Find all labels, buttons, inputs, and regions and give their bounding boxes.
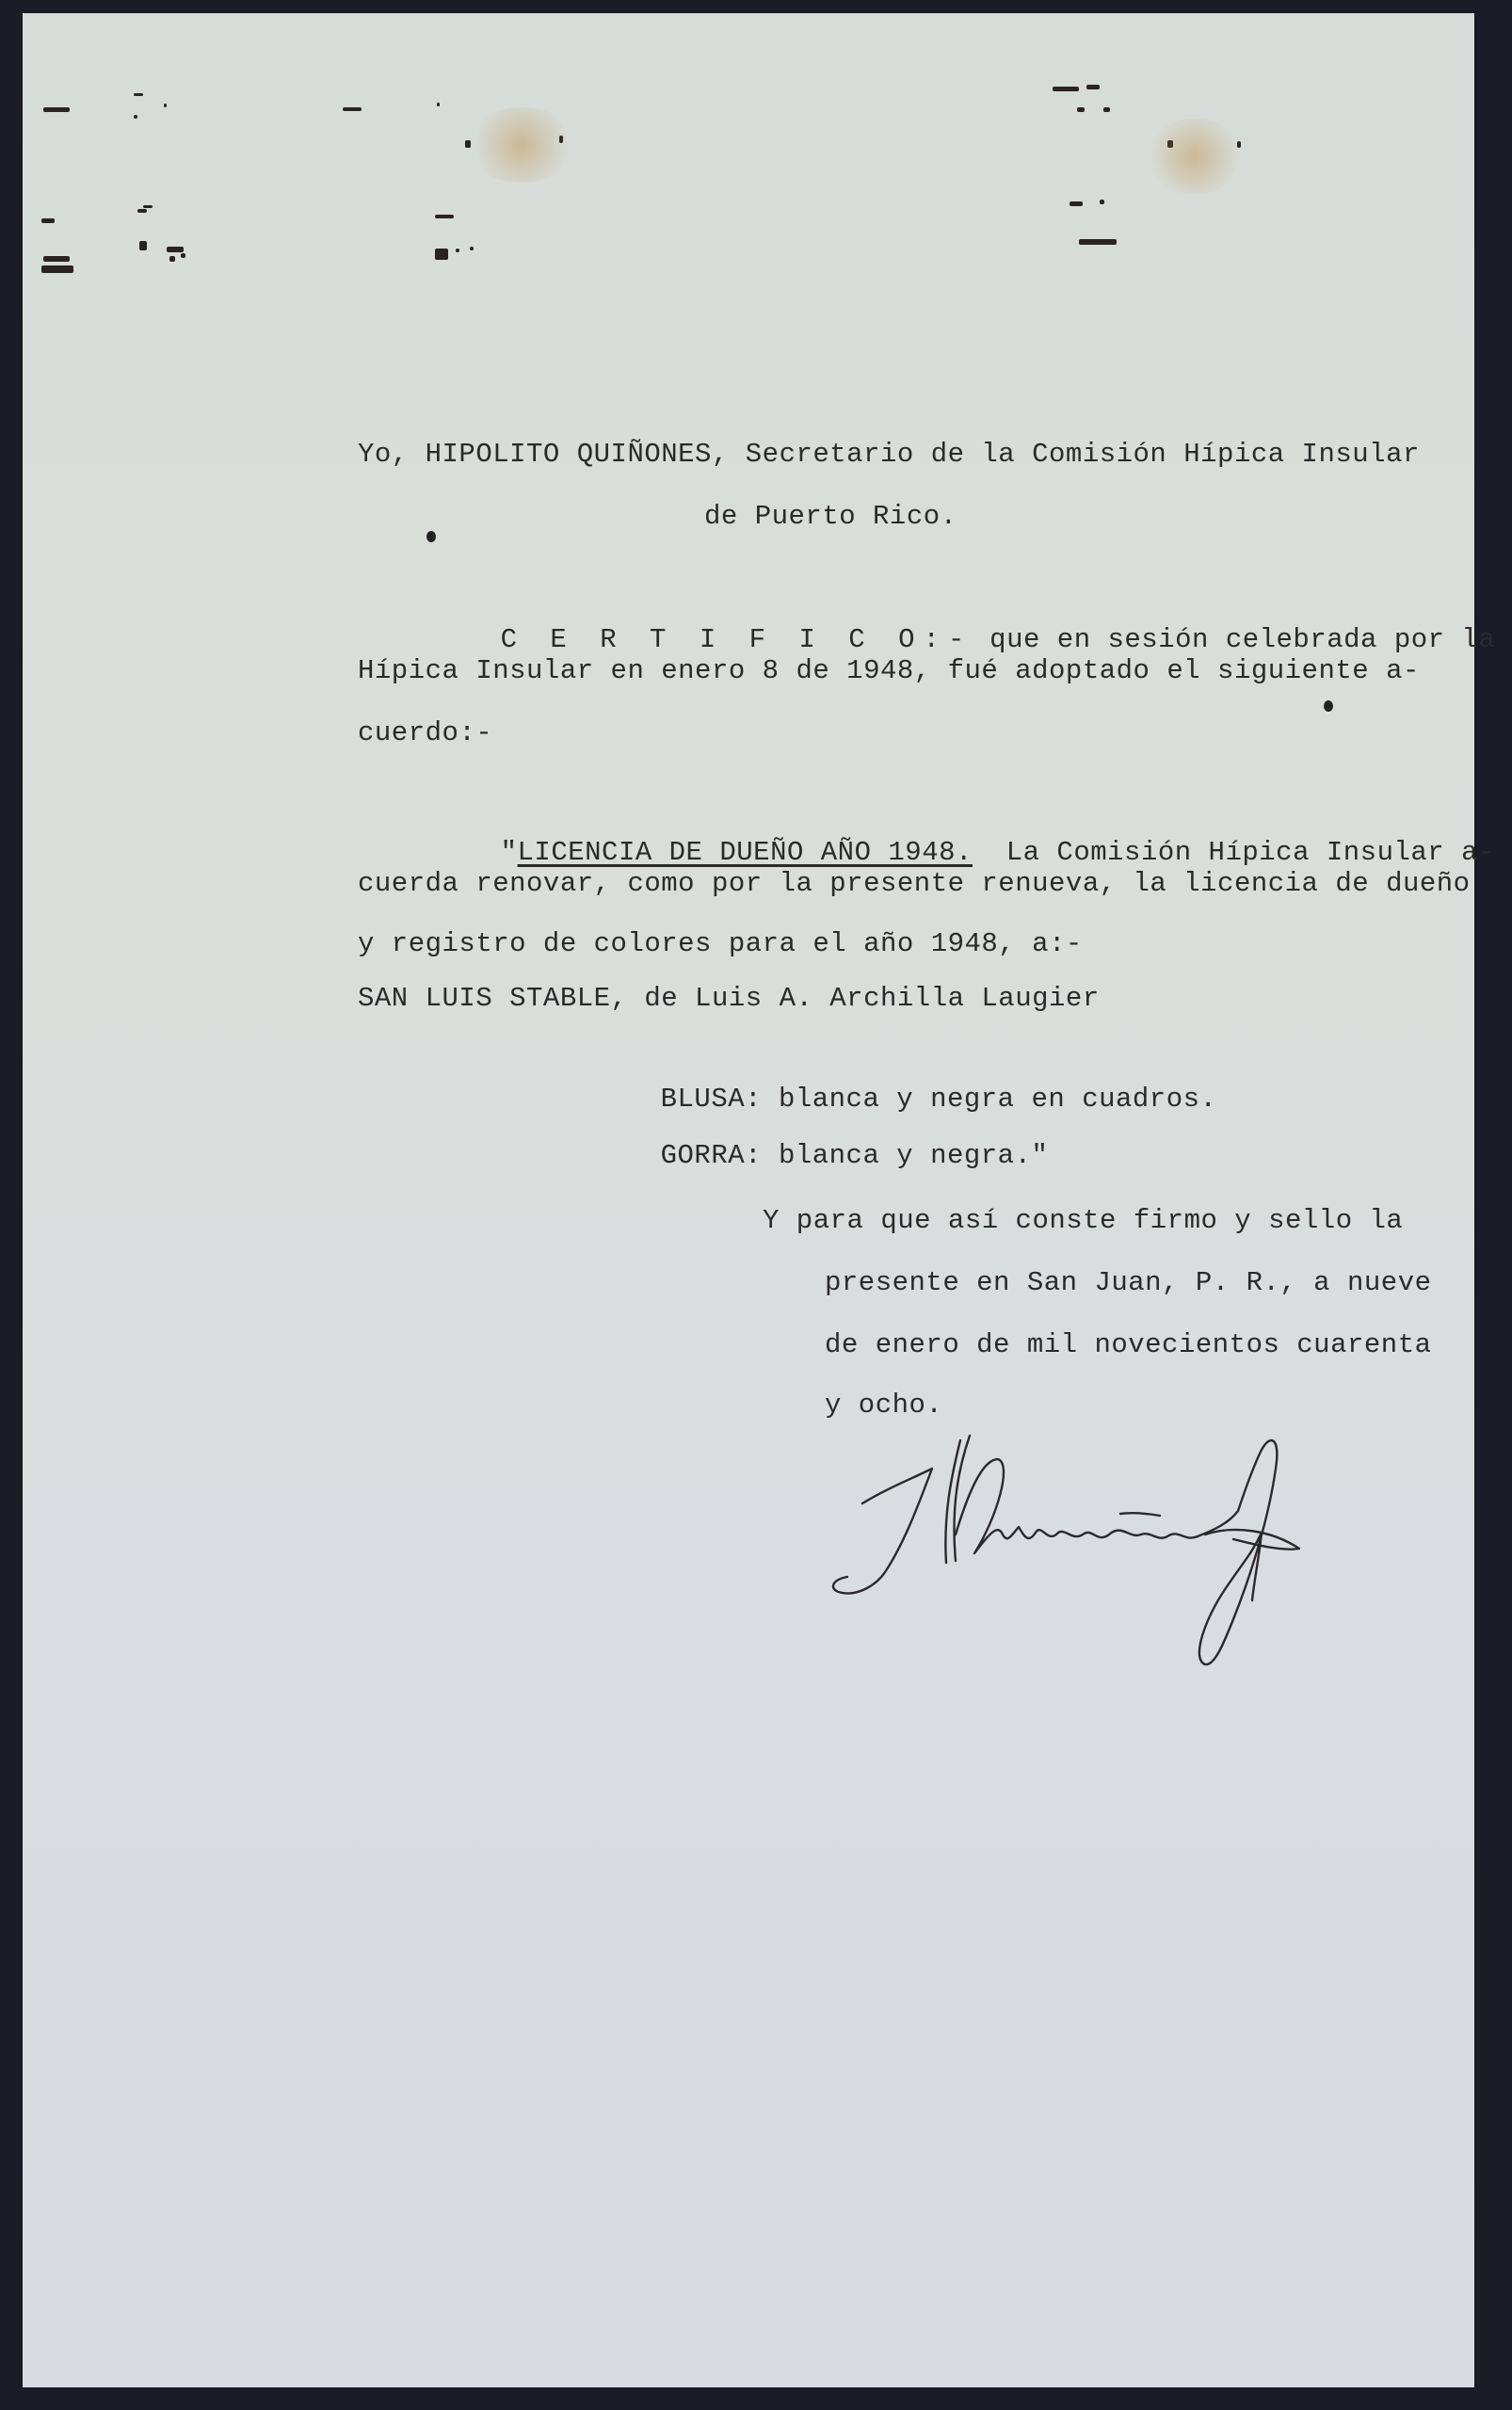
closing-line-3: de enero de mil novecientos cuarenta bbox=[825, 1329, 1432, 1360]
ink-speck bbox=[1079, 239, 1117, 245]
ink-dot bbox=[426, 531, 436, 542]
document-page: Yo, HIPOLITO QUIÑONES, Secretario de la … bbox=[23, 13, 1474, 2387]
certifico-line-1-text: que en sesión celebrada por la Comisión bbox=[973, 624, 1512, 655]
certifico-line-3: cuerdo:- bbox=[358, 717, 492, 748]
ink-dot bbox=[1324, 700, 1333, 712]
ink-speck bbox=[134, 115, 137, 119]
ink-speck bbox=[167, 247, 184, 252]
rust-stain bbox=[1143, 119, 1247, 194]
quote-open: " bbox=[501, 837, 518, 868]
ink-speck bbox=[470, 247, 474, 250]
gorra-line: GORRA: blanca y negra." bbox=[593, 1109, 1048, 1202]
ink-speck bbox=[437, 103, 440, 106]
ink-speck bbox=[43, 256, 70, 262]
acuerdo-line-1-text: La Comisión Hípica Insular a- bbox=[973, 837, 1495, 868]
ink-speck bbox=[343, 107, 362, 111]
acuerdo-title: LICENCIA DE DUEÑO AÑO 1948. bbox=[518, 837, 973, 868]
gorra-label: GORRA: bbox=[661, 1140, 762, 1171]
ink-speck bbox=[134, 93, 143, 96]
closing-line-1: Y para que así conste firmo y sello la bbox=[763, 1205, 1403, 1236]
ink-speck bbox=[1053, 87, 1079, 91]
ink-speck bbox=[41, 265, 73, 273]
owner-line: SAN LUIS STABLE, de Luis A. Archilla Lau… bbox=[358, 983, 1100, 1014]
ink-speck bbox=[143, 205, 153, 208]
ink-speck bbox=[456, 249, 459, 252]
header-line-2: de Puerto Rico. bbox=[704, 501, 957, 532]
ink-speck bbox=[139, 241, 147, 250]
ink-speck bbox=[43, 107, 70, 112]
certifico-label: C E R T I F I C O:- bbox=[501, 624, 973, 655]
ink-speck bbox=[1103, 107, 1110, 112]
gorra-value: blanca y negra." bbox=[762, 1140, 1048, 1171]
ink-speck bbox=[164, 104, 167, 107]
signature bbox=[810, 1412, 1393, 1676]
ink-speck bbox=[1100, 200, 1104, 204]
ink-speck bbox=[435, 215, 454, 218]
acuerdo-line-3: y registro de colores para el año 1948, … bbox=[358, 928, 1083, 959]
ink-speck bbox=[1077, 107, 1085, 112]
ink-speck bbox=[137, 209, 147, 213]
ink-speck bbox=[169, 256, 175, 262]
ink-speck bbox=[181, 253, 185, 258]
ink-speck bbox=[435, 249, 448, 260]
rust-stain bbox=[465, 107, 578, 183]
acuerdo-line-2: cuerda renovar, como por la presente ren… bbox=[358, 868, 1471, 899]
header-line-1: Yo, HIPOLITO QUIÑONES, Secretario de la … bbox=[358, 439, 1420, 470]
ink-speck bbox=[41, 218, 55, 223]
closing-line-2: presente en San Juan, P. R., a nueve bbox=[825, 1267, 1432, 1298]
ink-speck bbox=[1086, 85, 1100, 89]
ink-speck bbox=[1070, 201, 1083, 206]
certifico-line-2: Hípica Insular en enero 8 de 1948, fué a… bbox=[358, 655, 1420, 686]
